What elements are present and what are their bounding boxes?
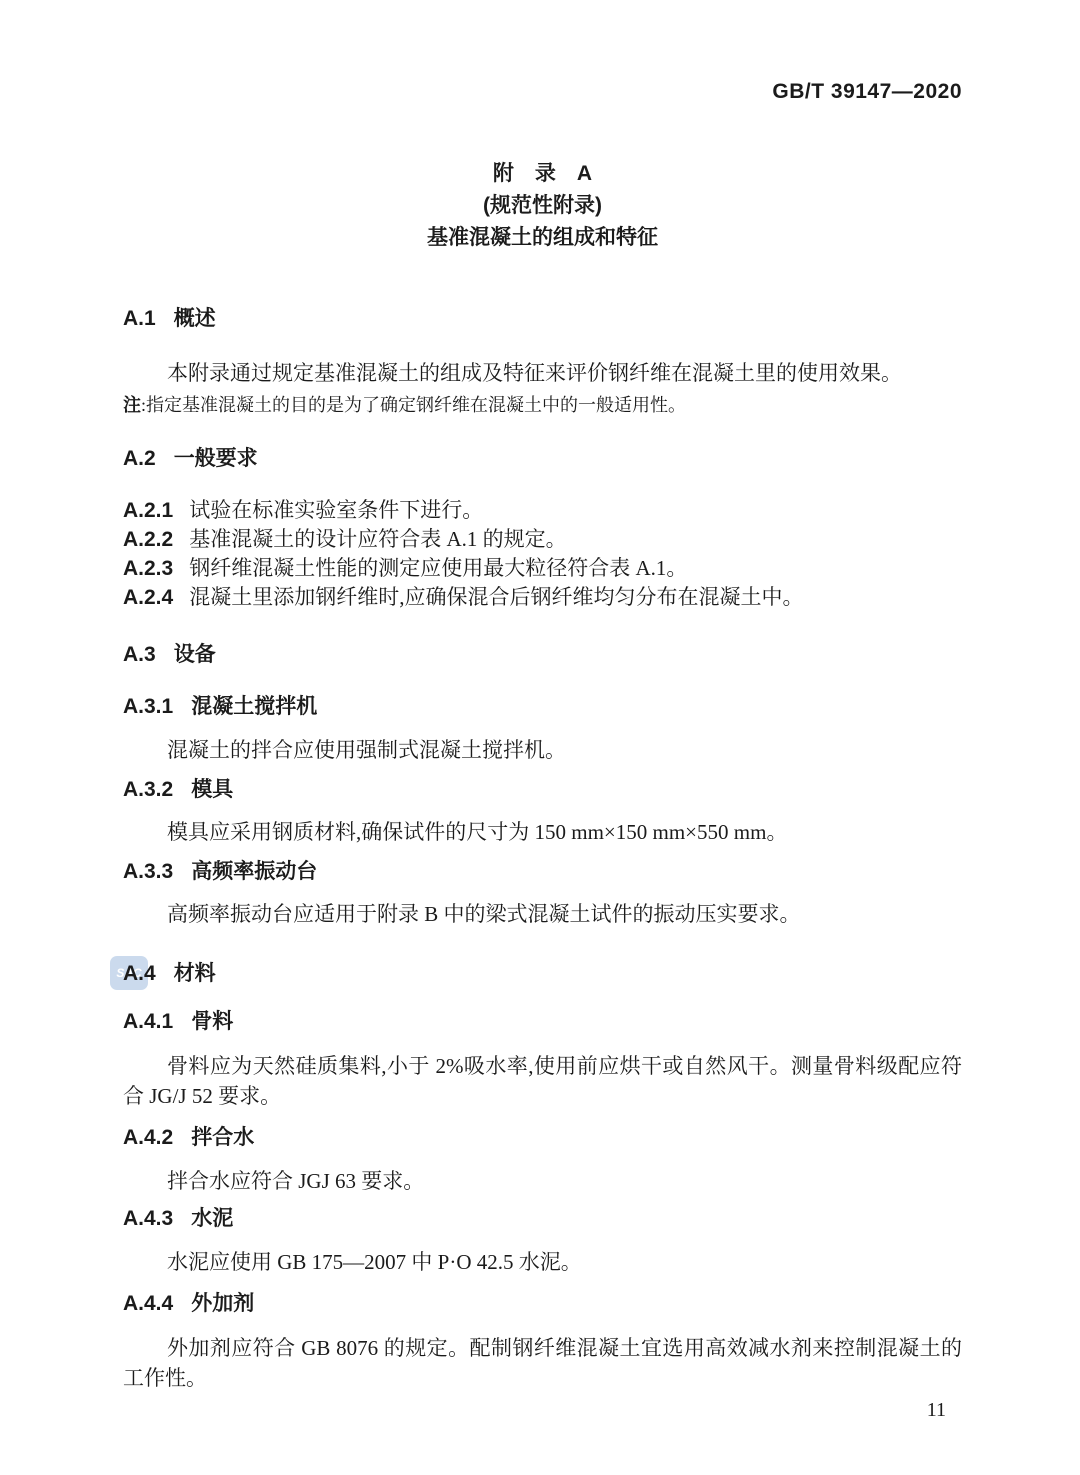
section-number: A.3 xyxy=(123,640,156,670)
paragraph-a43-body: 水泥应使用 GB 175—2007 中 P·O 42.5 水泥。 xyxy=(123,1247,962,1277)
paragraph-a41-body: 骨料应为天然硅质集料,小于 2%吸水率,使用前应烘干或自然风干。测量骨料级配应符… xyxy=(123,1051,962,1111)
subsection-heading-a43: A.4.3水泥 xyxy=(123,1204,962,1234)
section-number: A.1 xyxy=(123,304,156,334)
clause-text: 混凝土里添加钢纤维时,应确保混合后钢纤维均匀分布在混凝土中。 xyxy=(189,585,803,609)
requirement-item: A.2.2基准混凝土的设计应符合表 A.1 的规定。 xyxy=(123,525,962,554)
section-number: A.4 xyxy=(123,959,156,989)
paragraph-a31-body: 混凝土的拌合应使用强制式混凝土搅拌机。 xyxy=(123,735,962,765)
clause-text: 钢纤维混凝土性能的测定应使用最大粒径符合表 A.1。 xyxy=(189,556,687,580)
clause-number: A.2.3 xyxy=(123,554,173,583)
paragraph-a33-body: 高频率振动台应适用于附录 B 中的梁式混凝土试件的振动压实要求。 xyxy=(123,899,962,929)
clause-number: A.2.1 xyxy=(123,496,173,525)
subsection-number: A.4.3 xyxy=(123,1204,173,1234)
subsection-number: A.4.4 xyxy=(123,1289,173,1319)
subsection-title: 高频率振动台 xyxy=(191,860,317,883)
page-number: 11 xyxy=(123,1397,962,1423)
clause-number: A.2.4 xyxy=(123,583,173,612)
clause-number: A.2.2 xyxy=(123,525,173,554)
note-text: :指定基准混凝土的目的是为了确定钢纤维在混凝土中的一般适用性。 xyxy=(141,395,686,415)
clause-text: 基准混凝土的设计应符合表 A.1 的规定。 xyxy=(189,527,566,551)
appendix-subtitle: (规范性附录) xyxy=(123,190,962,222)
section-title: 概述 xyxy=(174,307,216,330)
subsection-number: A.4.2 xyxy=(123,1123,173,1153)
section-number: A.2 xyxy=(123,444,156,474)
requirement-item: A.2.3钢纤维混凝土性能的测定应使用最大粒径符合表 A.1。 xyxy=(123,554,962,583)
subsection-title: 拌合水 xyxy=(191,1126,254,1149)
subsection-number: A.3.1 xyxy=(123,692,173,722)
paragraph-a44-body: 外加剂应符合 GB 8076 的规定。配制钢纤维混凝土宜选用高效减水剂来控制混凝… xyxy=(123,1333,962,1393)
standard-number: GB/T 39147—2020 xyxy=(772,80,962,103)
section-heading-a1: A.1概述 xyxy=(123,304,962,334)
document-header: GB/T 39147—2020 xyxy=(123,80,962,104)
document-content: GB/T 39147—2020 附 录 A (规范性附录) 基准混凝土的组成和特… xyxy=(123,80,962,1423)
subsection-title: 骨料 xyxy=(191,1010,233,1033)
subsection-number: A.3.2 xyxy=(123,775,173,805)
subsection-heading-a44: A.4.4外加剂 xyxy=(123,1289,962,1319)
clause-text: 试验在标准实验室条件下进行。 xyxy=(189,498,483,522)
subsection-title: 外加剂 xyxy=(191,1292,254,1315)
note-label: 注 xyxy=(123,395,141,415)
requirement-item: A.2.4混凝土里添加钢纤维时,应确保混合后钢纤维均匀分布在混凝土中。 xyxy=(123,583,962,612)
subsection-heading-a32: A.3.2模具 xyxy=(123,775,962,805)
appendix-title: 附 录 A xyxy=(123,158,962,190)
requirement-item: A.2.1试验在标准实验室条件下进行。 xyxy=(123,496,962,525)
document-page: SAC GB/T 39147—2020 附 录 A (规范性附录) 基准混凝土的… xyxy=(0,0,1080,1475)
subsection-number: A.3.3 xyxy=(123,857,173,887)
paragraph-a42-body: 拌合水应符合 JGJ 63 要求。 xyxy=(123,1166,962,1196)
section-title: 一般要求 xyxy=(174,447,258,470)
paragraph-a1-body: 本附录通过规定基准混凝土的组成及特征来评价钢纤维在混凝土里的使用效果。 xyxy=(123,358,962,388)
section-heading-a2: A.2一般要求 xyxy=(123,444,962,474)
subsection-title: 模具 xyxy=(191,778,233,801)
subsection-heading-a42: A.4.2拌合水 xyxy=(123,1123,962,1153)
requirement-list: A.2.1试验在标准实验室条件下进行。 A.2.2基准混凝土的设计应符合表 A.… xyxy=(123,496,962,612)
paragraph-a32-body: 模具应采用钢质材料,确保试件的尺寸为 150 mm×150 mm×550 mm。 xyxy=(123,817,962,847)
subsection-number: A.4.1 xyxy=(123,1007,173,1037)
subsection-title: 混凝土搅拌机 xyxy=(191,695,317,718)
paragraph-a1-note: 注:指定基准混凝土的目的是为了确定钢纤维在混凝土中的一般适用性。 xyxy=(123,392,962,418)
subsection-heading-a41: A.4.1骨料 xyxy=(123,1007,962,1037)
appendix-name: 基准混凝土的组成和特征 xyxy=(123,222,962,254)
section-title: 材料 xyxy=(174,962,216,985)
section-heading-a3: A.3设备 xyxy=(123,640,962,670)
subsection-heading-a33: A.3.3高频率振动台 xyxy=(123,857,962,887)
appendix-title-block: 附 录 A (规范性附录) 基准混凝土的组成和特征 xyxy=(123,158,962,254)
section-title: 设备 xyxy=(174,643,216,666)
subsection-title: 水泥 xyxy=(191,1207,233,1230)
subsection-heading-a31: A.3.1混凝土搅拌机 xyxy=(123,692,962,722)
section-heading-a4: A.4材料 xyxy=(123,959,962,989)
